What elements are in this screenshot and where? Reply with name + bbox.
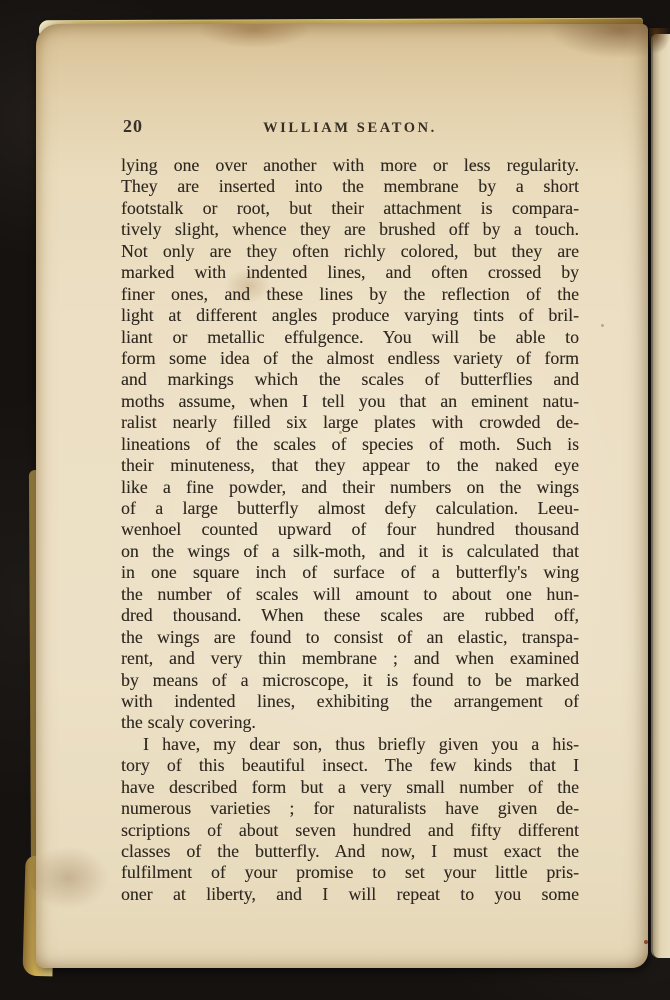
text-line: marked with indented lines, and often cr… xyxy=(121,262,579,283)
text-line: finer ones, and these lines by the refle… xyxy=(121,284,579,305)
text-line: their minuteness, that they appear to th… xyxy=(121,455,579,476)
scanned-book-photo: 20 WILLIAM SEATON. lying one over anothe… xyxy=(0,0,670,1000)
body-text: lying one over another with more or less… xyxy=(121,155,579,905)
text-line: liant or metallic effulgence. You will b… xyxy=(121,327,579,348)
running-title: WILLIAM SEATON. xyxy=(121,120,579,137)
text-line: dred thousand. When these scales are rub… xyxy=(121,605,579,626)
text-line: numerous varieties ; for naturalists hav… xyxy=(121,798,579,819)
text-line: the number of scales will amount to abou… xyxy=(121,584,579,605)
text-line: the wings are found to consist of an ela… xyxy=(121,627,579,648)
text-line: in one square inch of surface of a butte… xyxy=(121,562,579,583)
text-line: like a fine powder, and their numbers on… xyxy=(121,477,579,498)
text-line: I have, my dear son, thus briefly given … xyxy=(121,734,579,755)
text-line: Not only are they often richly colored, … xyxy=(121,241,579,262)
text-line: moths assume, when I tell you that an em… xyxy=(121,391,579,412)
text-line: oner at liberty, and I will repeat to yo… xyxy=(121,884,579,905)
text-line: tively slight, whence they are brushed o… xyxy=(121,219,579,240)
text-line: rent, and very thin membrane ; and when … xyxy=(121,648,579,669)
text-line: and markings which the scales of butterf… xyxy=(121,369,579,390)
text-line: footstalk or root, but their attachment … xyxy=(121,198,579,219)
text-line: lineations of the scales of species of m… xyxy=(121,434,579,455)
foxing-speck xyxy=(644,940,648,944)
text-line: classes of the butterfly. And now, I mus… xyxy=(121,841,579,862)
text-line: wenhoel counted upward of four hundred t… xyxy=(121,519,579,540)
book-page: 20 WILLIAM SEATON. lying one over anothe… xyxy=(36,24,648,968)
page-header: 20 WILLIAM SEATON. xyxy=(121,116,579,140)
text-line: ralist nearly filled six large plates wi… xyxy=(121,412,579,433)
text-line: They are inserted into the membrane by a… xyxy=(121,176,579,197)
text-line: light at different angles produce varyin… xyxy=(121,305,579,326)
text-line: form some idea of the almost endless var… xyxy=(121,348,579,369)
text-line: on the wings of a silk-moth, and it is c… xyxy=(121,541,579,562)
text-line: scriptions of about seven hundred and fi… xyxy=(121,820,579,841)
text-line: the scaly covering. xyxy=(121,712,579,733)
text-line: fulfilment of your promise to set your l… xyxy=(121,862,579,883)
text-line: with indented lines, exhibiting the arra… xyxy=(121,691,579,712)
text-line: by means of a microscope, it is found to… xyxy=(121,670,579,691)
text-line: tory of this beautiful insect. The few k… xyxy=(121,755,579,776)
text-line: lying one over another with more or less… xyxy=(121,155,579,176)
text-line: have described form but a very small num… xyxy=(121,777,579,798)
foxing-speck xyxy=(601,324,604,327)
text-line: of a large butterfly almost defy calcula… xyxy=(121,498,579,519)
adjacent-page-gutter xyxy=(651,34,670,958)
